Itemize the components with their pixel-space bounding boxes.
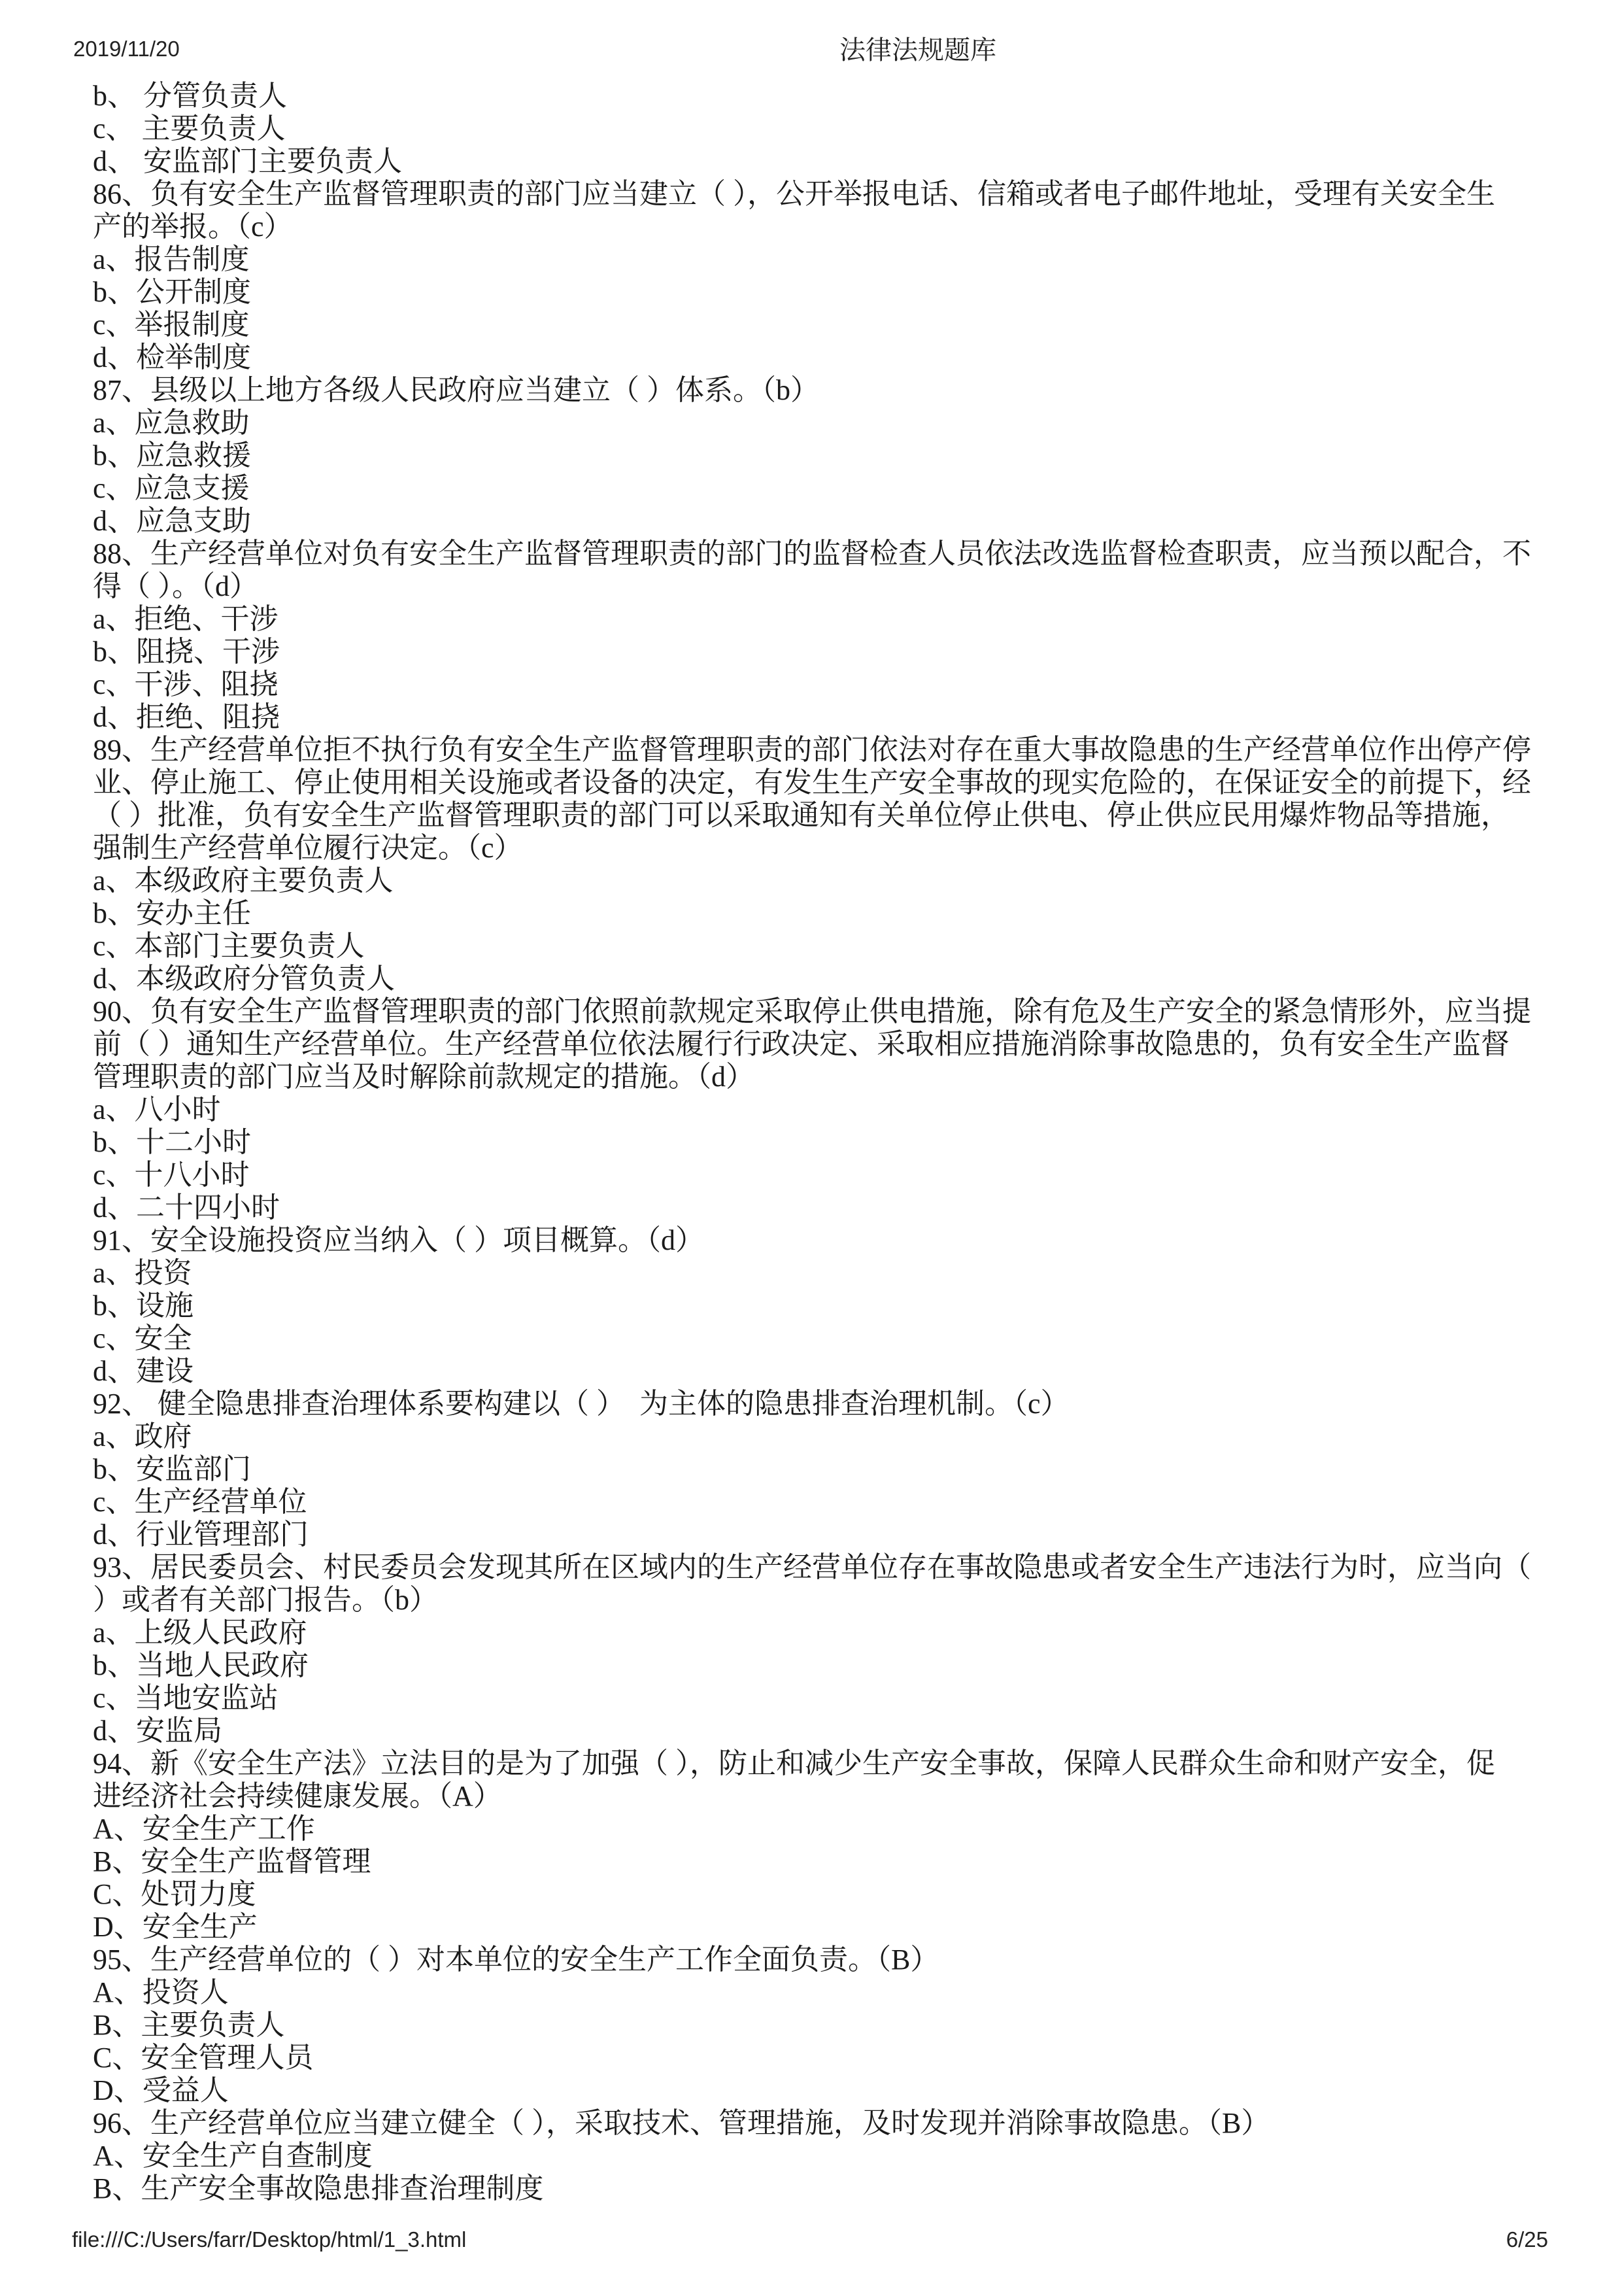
question-stem-line: 业、停止施工、停止使用相关设施或者设备的决定，有发生生产安全事故的现实危险的，在… [93, 766, 1557, 799]
question-stem-line: 91、安全设施投资应当纳入（ ）项目概算。（d） [93, 1224, 1557, 1257]
option-line: a、政府 [93, 1420, 1557, 1453]
question-stem-line: 进经济社会持续健康发展。（A） [93, 1780, 1557, 1813]
option-line: c、举报制度 [93, 309, 1557, 341]
option-line: d、应急支助 [93, 505, 1557, 538]
option-line: d、拒绝、阻挠 [93, 701, 1557, 734]
option-line: a、拒绝、干涉 [93, 603, 1557, 636]
question-stem-line: 强制生产经营单位履行决定。（c） [93, 832, 1557, 865]
option-line: a、应急救助 [93, 407, 1557, 439]
question-stem-line: 89、生产经营单位拒不执行负有安全生产监督管理职责的部门依法对存在重大事故隐患的… [93, 734, 1557, 766]
option-line: c、 主要负责人 [93, 112, 1557, 145]
option-line: b、阻挠、干涉 [93, 636, 1557, 668]
option-line: A、安全生产工作 [93, 1813, 1557, 1845]
option-line: c、十八小时 [93, 1159, 1557, 1191]
print-footer-page-number: 6/25 [1506, 2227, 1548, 2252]
question-stem-line: 96、生产经营单位应当建立健全（ ），采取技术、管理措施，及时发现并消除事故隐患… [93, 2107, 1557, 2140]
question-stem-line: 87、县级以上地方各级人民政府应当建立（ ）体系。（b） [93, 374, 1557, 407]
question-stem-line: 94、新《安全生产法》立法目的是为了加强（ ），防止和减少生产安全事故，保障人民… [93, 1747, 1557, 1780]
question-list: b、 分管负责人c、 主要负责人d、 安监部门主要负责人86、负有安全生产监督管… [93, 80, 1557, 2205]
question-stem-line: 得（ ）。（d） [93, 570, 1557, 603]
option-line: c、当地安监站 [93, 1682, 1557, 1715]
question-stem-line: 95、生产经营单位的（ ）对本单位的安全生产工作全面负责。（B） [93, 1944, 1557, 1976]
option-line: b、当地人民政府 [93, 1649, 1557, 1682]
question-stem-line: 产的举报。（c） [93, 211, 1557, 243]
question-stem-line: 90、负有安全生产监督管理职责的部门依照前款规定采取停止供电措施，除有危及生产安… [93, 995, 1557, 1028]
option-line: D、受益人 [93, 2074, 1557, 2107]
option-line: c、干涉、阻挠 [93, 668, 1557, 701]
print-page: 2019/11/20 法律法规题库 b、 分管负责人c、 主要负责人d、 安监部… [0, 0, 1622, 2296]
option-line: d、本级政府分管负责人 [93, 963, 1557, 995]
option-line: b、应急救援 [93, 439, 1557, 472]
question-stem-line: 管理职责的部门应当及时解除前款规定的措施。（d） [93, 1061, 1557, 1093]
option-line: a、投资 [93, 1257, 1557, 1290]
option-line: b、公开制度 [93, 276, 1557, 309]
option-line: B、安全生产监督管理 [93, 1845, 1557, 1878]
option-line: c、本部门主要负责人 [93, 930, 1557, 963]
question-stem-line: 前（ ）通知生产经营单位。生产经营单位依法履行行政决定、采取相应措施消除事故隐患… [93, 1028, 1557, 1061]
option-line: b、 分管负责人 [93, 80, 1557, 112]
option-line: d、行业管理部门 [93, 1518, 1557, 1551]
question-stem-line: 92、 健全隐患排查治理体系要构建以（ ） 为主体的隐患排查治理机制。（c） [93, 1388, 1557, 1420]
option-line: b、安办主任 [93, 897, 1557, 930]
option-line: d、 安监部门主要负责人 [93, 145, 1557, 178]
option-line: a、报告制度 [93, 243, 1557, 276]
option-line: c、安全 [93, 1322, 1557, 1355]
question-stem-line: 93、居民委员会、村民委员会发现其所在区域内的生产经营单位存在事故隐患或者安全生… [93, 1551, 1557, 1584]
option-line: b、十二小时 [93, 1126, 1557, 1159]
option-line: a、八小时 [93, 1093, 1557, 1126]
question-stem-line: （ ）批准，负有安全生产监督管理职责的部门可以采取通知有关单位停止供电、停止供应… [93, 799, 1557, 832]
question-stem-line: 88、生产经营单位对负有安全生产监督管理职责的部门的监督检查人员依法改选监督检查… [93, 538, 1557, 570]
option-line: A、安全生产自查制度 [93, 2140, 1557, 2172]
option-line: D、安全生产 [93, 1911, 1557, 1944]
option-line: B、生产安全事故隐患排查治理制度 [93, 2172, 1557, 2205]
option-line: a、本级政府主要负责人 [93, 865, 1557, 897]
option-line: b、设施 [93, 1290, 1557, 1322]
option-line: d、安监局 [93, 1715, 1557, 1747]
question-stem-line: ）或者有关部门报告。（b） [93, 1584, 1557, 1617]
option-line: c、生产经营单位 [93, 1486, 1557, 1518]
option-line: a、上级人民政府 [93, 1617, 1557, 1649]
print-header-title: 法律法规题库 [839, 36, 996, 65]
option-line: C、安全管理人员 [93, 2042, 1557, 2074]
option-line: B、主要负责人 [93, 2009, 1557, 2042]
option-line: d、二十四小时 [93, 1191, 1557, 1224]
option-line: c、应急支援 [93, 472, 1557, 505]
option-line: A、投资人 [93, 1976, 1557, 2009]
question-stem-line: 86、负有安全生产监督管理职责的部门应当建立（ ），公开举报电话、信箱或者电子邮… [93, 178, 1557, 211]
option-line: C、处罚力度 [93, 1878, 1557, 1911]
option-line: d、检举制度 [93, 341, 1557, 374]
print-footer-url: file:///C:/Users/farr/Desktop/html/1_3.h… [72, 2227, 466, 2252]
option-line: b、安监部门 [93, 1453, 1557, 1486]
print-header-date: 2019/11/20 [73, 37, 180, 61]
option-line: d、建设 [93, 1355, 1557, 1388]
